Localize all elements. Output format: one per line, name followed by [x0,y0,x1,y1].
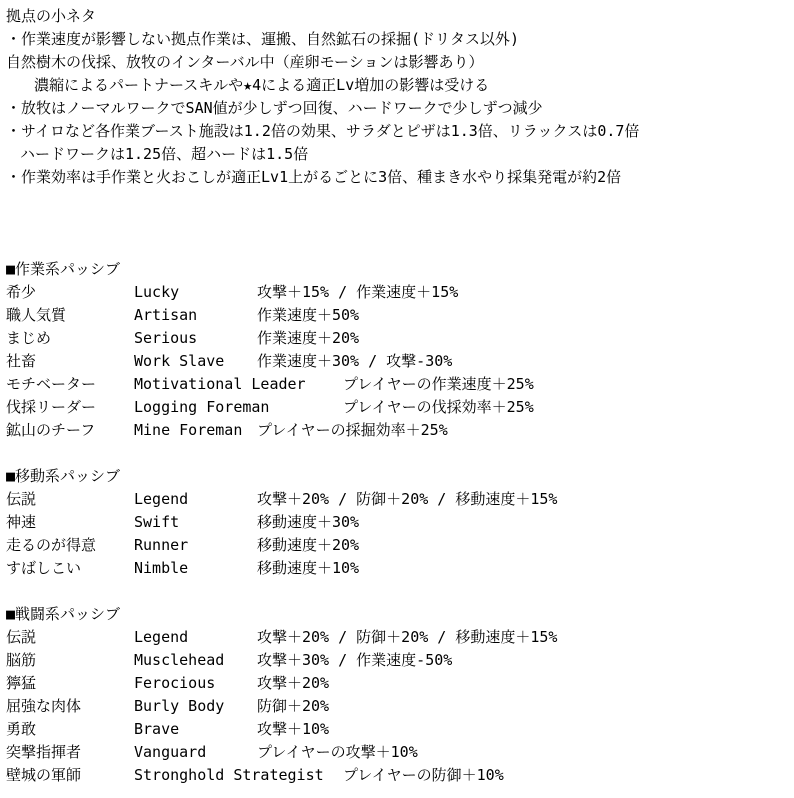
passive-row: 壁城の軍師 Stronghold Strategist プレイヤーの防御＋10% [6,764,790,787]
passive-effect: 防御＋20% [257,695,329,718]
passive-row: 鉱山のチーフ Mine Foreman プレイヤーの採掘効率＋25% [6,419,790,442]
passive-row: 屈強な肉体 Burly Body 防御＋20% [6,695,790,718]
passive-name-en: Nimble [134,557,257,580]
passive-effect: プレイヤーの攻撃＋10% [257,741,418,764]
blank-gap [6,189,790,258]
passive-name-en: Motivational Leader [134,373,343,396]
passive-name-en: Work Slave [134,350,257,373]
passive-name-en: Burly Body [134,695,257,718]
note-line: ・作業速度が影響しない拠点作業は、運搬、自然鉱石の採掘(ドリタス以外) [6,28,790,51]
passive-name-ja: 職人気質 [6,304,134,327]
passive-name-en: Stronghold Strategist [134,764,343,787]
passive-name-ja: 脳筋 [6,649,134,672]
note-line: ・作業効率は手作業と火おこしが適正Lv1上がるごとに3倍、種まき水やり採集発電が… [6,166,790,189]
passive-row: 伐採リーダー Logging Foreman プレイヤーの伐採効率＋25% [6,396,790,419]
passive-name-en: Swift [134,511,257,534]
note-line: ハードワークは1.25倍、超ハードは1.5倍 [6,143,790,166]
passive-name-ja: 希少 [6,281,134,304]
passive-name-en: Lucky [134,281,257,304]
passive-row: まじめ Serious 作業速度＋20% [6,327,790,350]
passive-row: 勇敢 Brave 攻撃＋10% [6,718,790,741]
passive-effect: プレイヤーの防御＋10% [343,764,504,787]
passive-row: 伝説 Legend 攻撃＋20% / 防御＋20% / 移動速度＋15% [6,488,790,511]
passive-row: 獰猛 Ferocious 攻撃＋20% [6,672,790,695]
passive-effect: 攻撃＋30% / 作業速度-50% [257,649,452,672]
note-line: ・サイロなど各作業ブースト施設は1.2倍の効果、サラダとピザは1.3倍、リラック… [6,120,790,143]
passive-name-ja: 伐採リーダー [6,396,134,419]
note-line: 自然樹木の伐採、放牧のインターバル中（産卵モーションは影響あり） [6,51,790,74]
passive-effect: 移動速度＋20% [257,534,359,557]
passive-name-en: Vanguard [134,741,257,764]
passive-row: 社畜 Work Slave 作業速度＋30% / 攻撃-30% [6,350,790,373]
passive-effect: 作業速度＋30% / 攻撃-30% [257,350,452,373]
passive-effect: プレイヤーの作業速度＋25% [343,373,534,396]
passive-name-ja: モチベーター [6,373,134,396]
passive-name-ja: 伝説 [6,626,134,649]
passive-row: 神速 Swift 移動速度＋30% [6,511,790,534]
passive-name-ja: 獰猛 [6,672,134,695]
passive-name-ja: 突撃指揮者 [6,741,134,764]
passive-name-ja: まじめ [6,327,134,350]
passive-name-en: Musclehead [134,649,257,672]
passive-name-ja: 壁城の軍師 [6,764,134,787]
passive-name-en: Mine Foreman [134,419,257,442]
page-title: 拠点の小ネタ [6,5,790,28]
note-line: ・放牧はノーマルワークでSAN値が少しずつ回復、ハードワークで少しずつ減少 [6,97,790,120]
passive-effect: 攻撃＋20% / 防御＋20% / 移動速度＋15% [257,626,557,649]
passive-effect: プレイヤーの採掘効率＋25% [257,419,448,442]
passive-row: 伝説 Legend 攻撃＋20% / 防御＋20% / 移動速度＋15% [6,626,790,649]
passive-row: 走るのが得意 Runner 移動速度＋20% [6,534,790,557]
passive-row: 脳筋 Musclehead 攻撃＋30% / 作業速度-50% [6,649,790,672]
passive-name-ja: 社畜 [6,350,134,373]
passive-name-ja: 伝説 [6,488,134,511]
passive-effect: 攻撃＋10% [257,718,329,741]
blank-gap [6,442,790,465]
passive-name-en: Legend [134,626,257,649]
passive-name-ja: 鉱山のチーフ [6,419,134,442]
passive-name-ja: 神速 [6,511,134,534]
passive-name-en: Logging Foreman [134,396,343,419]
passive-effect: 攻撃＋15% / 作業速度＋15% [257,281,458,304]
passive-name-ja: 屈強な肉体 [6,695,134,718]
passive-row: モチベーター Motivational Leader プレイヤーの作業速度＋25… [6,373,790,396]
section-heading-movement: ■移動系パッシブ [6,465,790,488]
passive-name-en: Serious [134,327,257,350]
passive-name-ja: 走るのが得意 [6,534,134,557]
passive-row: 希少 Lucky 攻撃＋15% / 作業速度＋15% [6,281,790,304]
passive-row: 職人気質 Artisan 作業速度＋50% [6,304,790,327]
document: 拠点の小ネタ ・作業速度が影響しない拠点作業は、運搬、自然鉱石の採掘(ドリタス以… [0,0,794,798]
passive-effect: プレイヤーの伐採効率＋25% [343,396,534,419]
passive-row: すばしこい Nimble 移動速度＋10% [6,557,790,580]
passive-name-en: Runner [134,534,257,557]
passive-effect: 移動速度＋30% [257,511,359,534]
passive-effect: 作業速度＋50% [257,304,359,327]
passive-row: 突撃指揮者 Vanguard プレイヤーの攻撃＋10% [6,741,790,764]
passive-effect: 攻撃＋20% / 防御＋20% / 移動速度＋15% [257,488,557,511]
passive-effect: 作業速度＋20% [257,327,359,350]
passive-name-en: Artisan [134,304,257,327]
passive-name-en: Ferocious [134,672,257,695]
passive-name-en: Brave [134,718,257,741]
passive-effect: 攻撃＋20% [257,672,329,695]
passive-name-ja: すばしこい [6,557,134,580]
passive-name-en: Legend [134,488,257,511]
passive-name-ja: 勇敢 [6,718,134,741]
passive-effect: 移動速度＋10% [257,557,359,580]
note-line: 濃縮によるパートナースキルや★4による適正Lv増加の影響は受ける [6,74,790,97]
section-heading-combat: ■戦闘系パッシブ [6,603,790,626]
blank-gap [6,580,790,603]
section-heading-work: ■作業系パッシブ [6,258,790,281]
